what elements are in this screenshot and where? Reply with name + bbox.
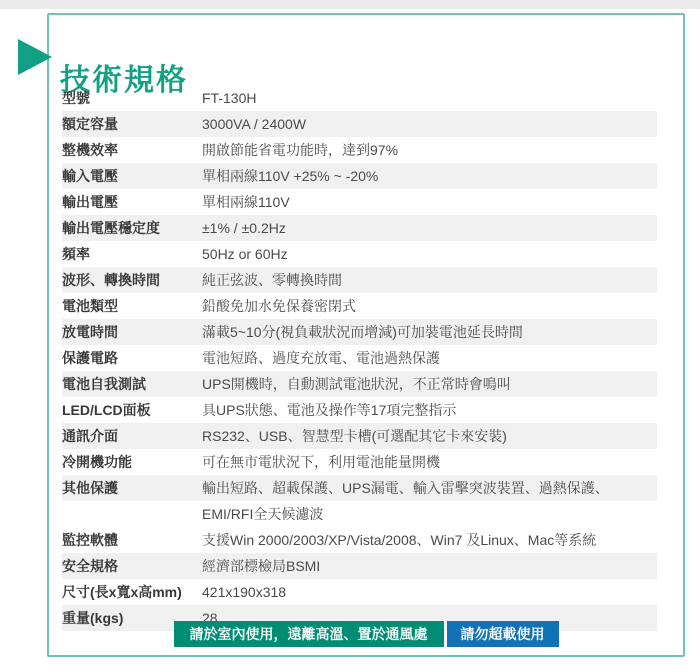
row-label: 電池自我測試 (62, 371, 202, 397)
row-label: 尺寸(長x寬x高mm) (62, 579, 202, 605)
row-label: 頻率 (62, 241, 202, 267)
row-value: 開啟節能省電功能時，達到97% (202, 137, 398, 163)
row-label: 型號 (62, 85, 202, 111)
no-overload-badge: 請勿超載使用 (447, 621, 559, 647)
row-label: 冷開機功能 (62, 449, 202, 475)
row-label: 輸出電壓穩定度 (62, 215, 202, 241)
table-row: 頻率50Hz or 60Hz (62, 241, 657, 267)
row-label: 波形、轉換時間 (62, 267, 202, 293)
row-label: 輸入電壓 (62, 163, 202, 189)
table-row: 輸出電壓單相兩線110V (62, 189, 657, 215)
row-label (62, 501, 202, 527)
row-value: 純正弦波、零轉換時間 (202, 267, 342, 293)
row-label: 監控軟體 (62, 527, 202, 553)
table-row: 監控軟體支援Win 2000/2003/XP/Vista/2008、Win7 及… (62, 527, 657, 553)
row-value: 經濟部標檢局BSMI (202, 553, 320, 579)
row-value: UPS開機時，自動測試電池狀況，不正常時會鳴叫 (202, 371, 511, 397)
row-value: RS232、USB、智慧型卡槽(可選配其它卡來安裝) (202, 423, 507, 449)
row-value: 單相兩線110V (202, 189, 290, 215)
table-row: 電池自我測試UPS開機時，自動測試電池狀況，不正常時會鳴叫 (62, 371, 657, 397)
row-value: 可在無市電狀況下，利用電池能量開機 (202, 449, 440, 475)
row-label: 整機效率 (62, 137, 202, 163)
row-value: 支援Win 2000/2003/XP/Vista/2008、Win7 及Linu… (202, 527, 596, 553)
row-label: 放電時間 (62, 319, 202, 345)
table-row: LED/LCD面板具UPS狀態、電池及操作等17項完整指示 (62, 397, 657, 423)
spec-panel: 技術規格 型號FT-130H 額定容量3000VA / 2400W 整機效率開啟… (47, 13, 685, 657)
table-row: 整機效率開啟節能省電功能時，達到97% (62, 137, 657, 163)
table-row: 額定容量3000VA / 2400W (62, 111, 657, 137)
table-row: 安全規格經濟部標檢局BSMI (62, 553, 657, 579)
row-label: 其他保護 (62, 475, 202, 501)
table-row: 電池類型鉛酸免加水免保養密閉式 (62, 293, 657, 319)
table-row-continuation: EMI/RFI全天候濾波 (62, 501, 657, 527)
page-top-divider (0, 0, 700, 9)
row-value: ±1% / ±0.2Hz (202, 215, 286, 241)
table-row: 尺寸(長x寬x高mm)421x190x318 (62, 579, 657, 605)
row-value: 電池短路、過度充放電、電池過熱保護 (202, 345, 440, 371)
table-row: 波形、轉換時間純正弦波、零轉換時間 (62, 267, 657, 293)
row-value: 421x190x318 (202, 579, 286, 605)
row-value: 滿載5~10分(視負載狀況而增減)可加裝電池延長時間 (202, 319, 523, 345)
table-row: 輸入電壓單相兩線110V +25% ~ -20% (62, 163, 657, 189)
table-row: 冷開機功能可在無市電狀況下，利用電池能量開機 (62, 449, 657, 475)
row-label: 通訊介面 (62, 423, 202, 449)
table-row: 型號FT-130H (62, 85, 657, 111)
indoor-use-badge: 請於室內使用，遠離高溫、置於通風處 (174, 621, 444, 647)
row-label: 額定容量 (62, 111, 202, 137)
row-value: 輸出短路、超載保護、UPS漏電、輸入雷擊突波裝置、過熱保護、 (202, 475, 609, 501)
row-label: 安全規格 (62, 553, 202, 579)
row-label: 輸出電壓 (62, 189, 202, 215)
row-value: EMI/RFI全天候濾波 (202, 501, 323, 527)
row-value: 鉛酸免加水免保養密閉式 (202, 293, 356, 319)
arrow-right-icon (18, 39, 52, 75)
row-value: 單相兩線110V +25% ~ -20% (202, 163, 378, 189)
table-row: 其他保護輸出短路、超載保護、UPS漏電、輸入雷擊突波裝置、過熱保護、 (62, 475, 657, 501)
row-label: 電池類型 (62, 293, 202, 319)
row-value: FT-130H (202, 85, 256, 111)
notice-badges: 請於室內使用，遠離高溫、置於通風處 請勿超載使用 (49, 621, 683, 647)
table-row: 通訊介面RS232、USB、智慧型卡槽(可選配其它卡來安裝) (62, 423, 657, 449)
row-value: 3000VA / 2400W (202, 111, 306, 137)
row-value: 具UPS狀態、電池及操作等17項完整指示 (202, 397, 456, 423)
row-value: 50Hz or 60Hz (202, 241, 288, 267)
row-label: LED/LCD面板 (62, 397, 202, 423)
table-row: 放電時間滿載5~10分(視負載狀況而增減)可加裝電池延長時間 (62, 319, 657, 345)
spec-table: 型號FT-130H 額定容量3000VA / 2400W 整機效率開啟節能省電功… (62, 85, 657, 631)
table-row: 輸出電壓穩定度±1% / ±0.2Hz (62, 215, 657, 241)
row-label: 保護電路 (62, 345, 202, 371)
table-row: 保護電路電池短路、過度充放電、電池過熱保護 (62, 345, 657, 371)
